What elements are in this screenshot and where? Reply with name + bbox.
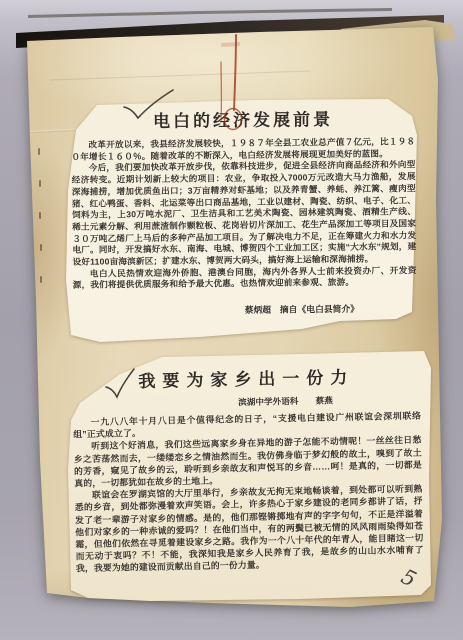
article-2-byline: 滨湖中学外语科 蔡燕 bbox=[73, 393, 421, 412]
scanned-scrapbook-page: 电白的经济发展前景 改革开放以来，我县经济发展较快，１９８７年全县工农业总产值７… bbox=[0, 0, 463, 640]
article-1: 电白的经济发展前景 改革开放以来，我县经济发展较快，１９８７年全县工农业总产值７… bbox=[71, 102, 417, 318]
article-2: 我要为家乡出一份力 滨湖中学外语科 蔡燕 一九八八年十月八日是个值得纪念的日子，… bbox=[72, 358, 424, 575]
article-1-paragraph-2: 今后，我们要加快改革开放步伐，依靠科技进步，促进全县经济向商品经济和外向型经济转… bbox=[71, 160, 416, 269]
article-1-title: 电白的经济发展前景 bbox=[71, 104, 415, 133]
article-1-paragraph-3: 电白人民热情欢迎海外侨胞、港澳台同胞，海内外各界人士前来投资办厂、开发资源，我们… bbox=[73, 265, 417, 292]
article-2-paragraph-2: 听到这个好消息，我们这些远离家乡身在异地的游子怎能不动情呢！一丝丝往日愁乡之苦荡… bbox=[73, 434, 422, 489]
article-2-title: 我要为家乡出一份力 bbox=[72, 362, 420, 394]
article-2-paragraph-3: 联谊会在罗湖宾馆的大厅里举行，乡亲故友无拘无束地畅谈着，到处都可以听到熟悉的乡音… bbox=[74, 483, 424, 575]
